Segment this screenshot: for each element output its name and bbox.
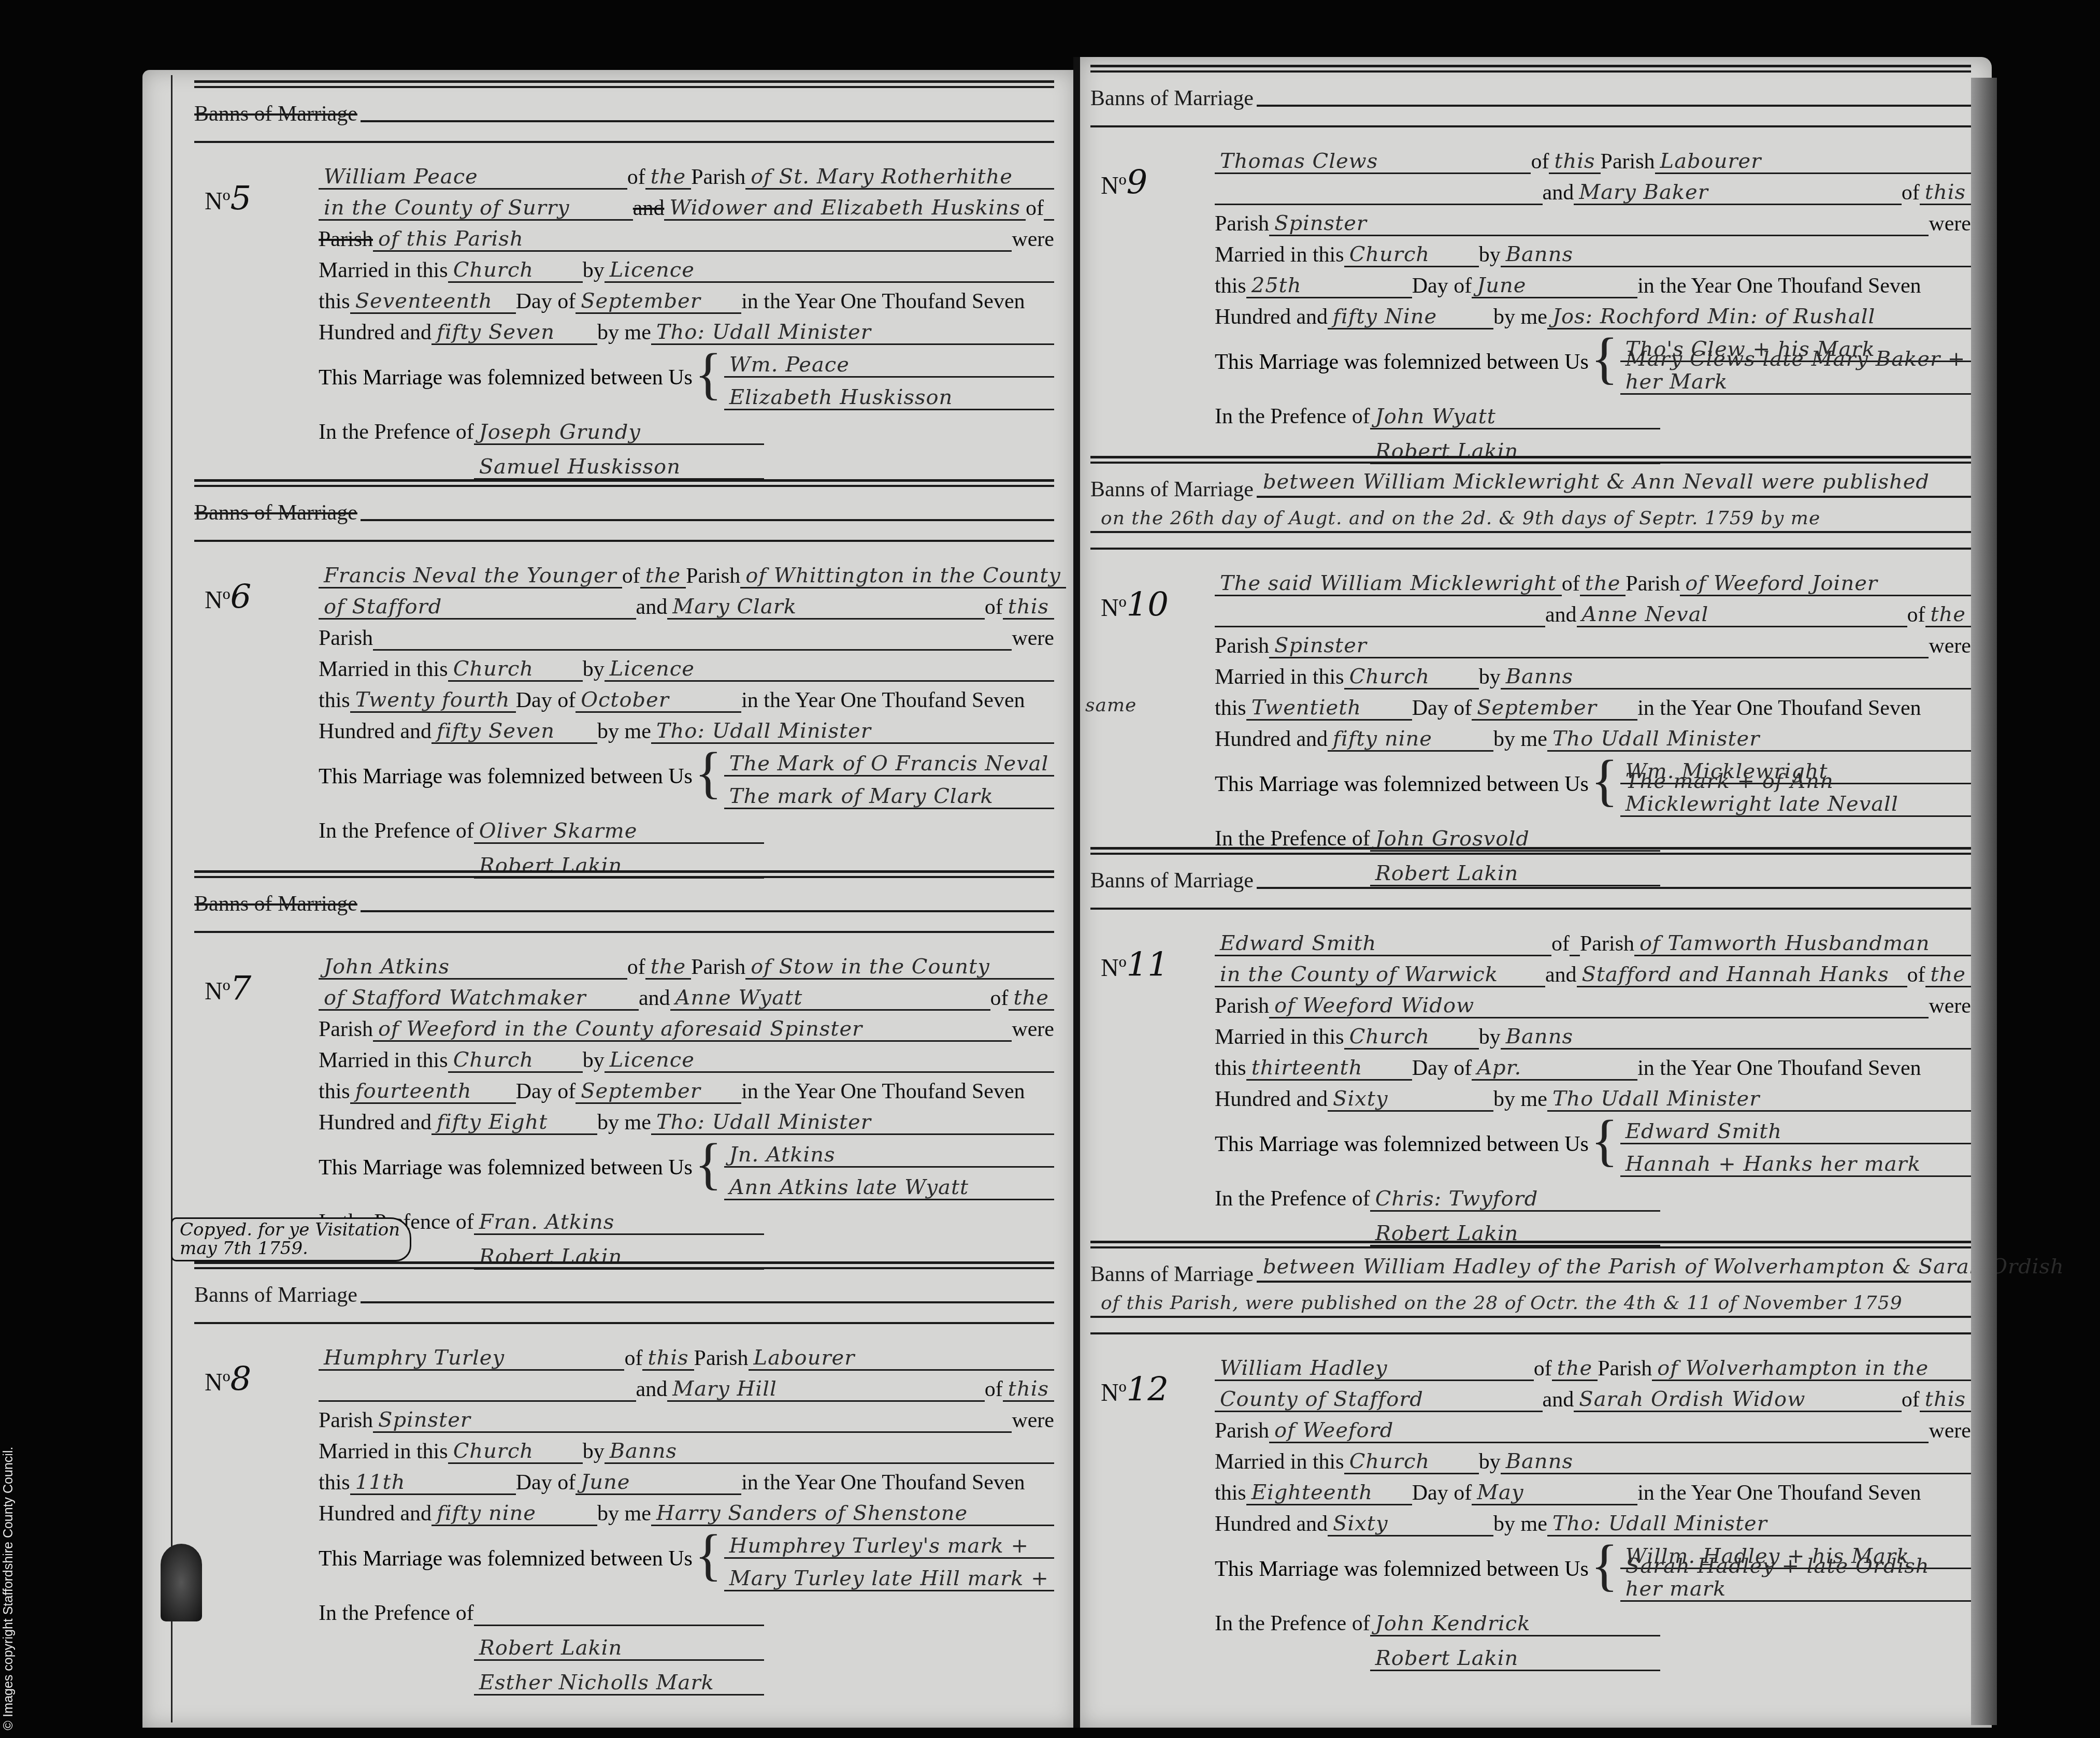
entry-body: Nº12 William Hadley of the Parish of Wol… <box>1090 1350 1971 1671</box>
double-rule <box>194 1261 1054 1269</box>
parish-row: Parish of Weeford in the County aforesai… <box>319 1011 1054 1042</box>
groom-parish-prefix: the <box>645 564 681 587</box>
groom-line-2: County of Stafford <box>1220 1388 1423 1411</box>
groom-parish: of Tamworth Husbandman <box>1639 932 1930 955</box>
minister: Tho: Udall Minister <box>656 1111 871 1133</box>
groom-name: William Peace <box>324 165 478 188</box>
entry-body: Nº8 Humphry Turley of this Parish Labour… <box>194 1340 1054 1696</box>
witness-1: John Kendrick <box>1375 1612 1531 1635</box>
place: Church <box>1349 243 1430 266</box>
double-rule <box>1090 1241 1971 1248</box>
parish-row: Parish Spinster were <box>319 1402 1054 1433</box>
year-row: Hundred and Sixty by me Tho Udall Minist… <box>1215 1081 1971 1112</box>
entry-separator <box>1090 548 1971 550</box>
year: Sixty <box>1333 1087 1388 1110</box>
double-rule <box>1090 456 1971 464</box>
witnesses: In the Prefence of Fran. Atkins Robert L… <box>319 1200 1054 1270</box>
banns-label: Banns of Marriage <box>1090 86 1254 111</box>
brace-icon: { <box>695 1526 722 1591</box>
bride-of: the <box>1931 963 1966 986</box>
groom-parish: of Weeford Joiner <box>1685 572 1878 595</box>
bride-parish: Spinster <box>1274 212 1367 235</box>
year-row: Hundred and fifty Seven by me Tho: Udall… <box>319 314 1054 345</box>
signature-2: The mark + of Ann Micklewright late Neva… <box>1626 770 1966 815</box>
day: 11th <box>355 1471 406 1493</box>
place: Church <box>1349 1025 1430 1048</box>
signature-1: Wm. Peace <box>729 353 850 376</box>
bride-name: Widower and Elizabeth Huskins <box>669 196 1020 219</box>
place: Church <box>453 657 534 680</box>
banns-line: Banns of Marriage <box>1090 75 1971 111</box>
bride-row: and Anne Neval of the <box>1215 596 1971 627</box>
bride-row: of Stafford and Mary Clark of this <box>319 588 1054 620</box>
entry-number: Nº9 <box>1101 164 1147 202</box>
bride-of: this <box>1008 1377 1049 1400</box>
month: Apr. <box>1477 1056 1521 1079</box>
witnesses: In the Prefence of Oliver Skarme Robert … <box>319 809 1054 879</box>
entry-separator <box>194 141 1054 143</box>
banns-line: Banns of Marriage <box>1090 857 1971 893</box>
year: fifty nine <box>1333 727 1432 750</box>
month: September <box>1477 696 1597 719</box>
groom-parish-prefix: this <box>648 1346 688 1369</box>
day: fourteenth <box>355 1080 472 1102</box>
parish-row: Parish were <box>319 620 1054 651</box>
groom-row: The said William Micklewright of the Par… <box>1215 565 1971 596</box>
bride-of: the <box>1014 986 1049 1009</box>
parish-row: Parish Spinster were <box>1215 205 1971 236</box>
signatures: This Marriage was folemnized between Us … <box>319 1135 1054 1200</box>
place: Church <box>1349 665 1430 688</box>
register-entry: Banns of Marriage between William Hadley… <box>1090 1241 1971 1671</box>
register-entry: Banns of Marriage Nº8 Humphry Turley of … <box>194 1261 1054 1696</box>
entry-number: Nº5 <box>205 179 251 218</box>
banns-line-2: on the 26th day of Augt. and on the 2d. … <box>1090 502 1971 533</box>
signature-2: Mary Turley late Hill mark + <box>729 1567 1049 1590</box>
register-entry: Banns of Marriage between William Mickle… <box>1090 456 1971 886</box>
month: October <box>581 688 669 711</box>
entry-body: Nº5 William Peace of the Parish of St. M… <box>194 159 1054 480</box>
groom-line-2: in the County of Surry <box>324 196 570 219</box>
banns-label: Banns of Marriage <box>194 1283 357 1308</box>
bride-parish: of this Parish <box>378 227 524 250</box>
banns-line: Banns of Marriage <box>194 1271 1054 1308</box>
margin-note: same <box>1085 695 1137 716</box>
place: Church <box>453 258 534 281</box>
brace-icon: { <box>1591 1112 1618 1177</box>
register-entry: Banns of Marriage Nº6 Francis Neval the … <box>194 479 1054 879</box>
groom-row: Humphry Turley of this Parish Labourer <box>319 1340 1054 1371</box>
bride-row: and Mary Hill of this <box>319 1371 1054 1402</box>
date-row: this 11th Day of June in the Year One Th… <box>319 1464 1054 1495</box>
double-rule <box>194 479 1054 487</box>
bride-name: Anne Wyatt <box>675 986 803 1009</box>
entry-body: Nº9 Thomas Clews of this Parish Labourer… <box>1090 143 1971 464</box>
bride-name: Anne Neval <box>1582 603 1709 626</box>
banns-label: Banns of Marriage <box>194 500 357 525</box>
bride-row: of Stafford Watchmaker and Anne Wyatt of… <box>319 980 1054 1011</box>
witnesses: In the Prefence of John Kendrick Robert … <box>1215 1602 1971 1671</box>
bride-name: Sarah Ordish Widow <box>1579 1388 1805 1411</box>
date-row: this Twentieth Day of September in the Y… <box>1215 690 1971 721</box>
groom-row: Edward Smith of Parish of Tamworth Husba… <box>1215 925 1971 956</box>
month: September <box>581 290 701 312</box>
date-row: this Twenty fourth Day of October in the… <box>319 682 1054 713</box>
groom-parish-prefix: the <box>651 165 686 188</box>
day: Eighteenth <box>1252 1481 1373 1504</box>
double-rule <box>1090 847 1971 855</box>
signatures: This Marriage was folemnized between Us … <box>1215 752 1971 817</box>
signatures: This Marriage was folemnized between Us … <box>1215 1536 1971 1602</box>
entry-separator <box>194 540 1054 542</box>
year-row: Hundred and fifty Nine by me Jos: Rochfo… <box>1215 298 1971 329</box>
groom-parish-prefix: the <box>1585 572 1621 595</box>
year: fifty Seven <box>437 321 555 343</box>
entry-body: Nº11 Edward Smith of Parish of Tamworth … <box>1090 925 1971 1246</box>
entry-separator <box>194 1322 1054 1324</box>
bride-name: Mary Baker <box>1579 181 1708 204</box>
page-edge <box>1971 78 1997 1725</box>
witnesses: In the Prefence of Chris: Twyford Robert… <box>1215 1177 1971 1246</box>
married-row: Married in this Church by Banns <box>1215 658 1971 690</box>
year: fifty Seven <box>437 720 555 742</box>
married-row: Married in this Church by Banns <box>1215 1443 1971 1474</box>
witness-2: Robert Lakin <box>1375 1647 1519 1670</box>
married-row: Married in this Church by Licence <box>319 1042 1054 1073</box>
signatures: This Marriage was folemnized between Us … <box>319 1526 1054 1591</box>
witnesses: In the Prefence of John Wyatt Robert Lak… <box>1215 395 1971 464</box>
groom-row: Thomas Clews of this Parish Labourer <box>1215 143 1971 174</box>
year-row: Hundred and fifty Eight by me Tho: Udall… <box>319 1104 1054 1135</box>
by-method: Licence <box>610 1048 695 1071</box>
groom-parish: of Whittington in the County <box>745 564 1061 587</box>
witnesses: In the Prefence of Joseph Grundy Samuel … <box>319 410 1054 480</box>
signatures: This Marriage was folemnized between Us … <box>1215 329 1971 395</box>
entry-number: Nº11 <box>1101 946 1169 984</box>
groom-line-2: in the County of Warwick <box>1220 963 1498 986</box>
year-row: Hundred and Sixty by me Tho: Udall Minis… <box>1215 1505 1971 1536</box>
bride-parish: Spinster <box>378 1409 471 1431</box>
by-method: Banns <box>1506 243 1573 266</box>
witness-1: Fran. Atkins <box>479 1211 615 1233</box>
married-row: Married in this Church by Licence <box>319 651 1054 682</box>
by-method: Banns <box>610 1440 677 1462</box>
groom-name: John Atkins <box>324 955 450 978</box>
witness-3: Esther Nicholls Mark <box>479 1671 714 1694</box>
entry-body: Nº10 same The said William Micklewright … <box>1090 565 1971 886</box>
brace-icon: { <box>1591 752 1618 817</box>
witness-1: Oliver Skarme <box>479 820 638 842</box>
year: fifty nine <box>437 1502 536 1525</box>
minister: Jos: Rochford Min: of Rushall <box>1552 305 1875 328</box>
date-row: this thirteenth Day of Apr. in the Year … <box>1215 1050 1971 1081</box>
married-row: Married in this Church by Licence <box>319 252 1054 283</box>
year-row: Hundred and fifty Seven by me Tho: Udall… <box>319 713 1054 744</box>
entry-number: Nº12 <box>1101 1371 1169 1409</box>
bride-of: this <box>1925 1388 1966 1411</box>
banns-label: Banns of Marriage <box>194 892 357 916</box>
signature-2: Ann Atkins late Wyatt <box>729 1176 969 1199</box>
year-row: Hundred and fifty nine by me Tho Udall M… <box>1215 721 1971 752</box>
entry-separator <box>194 931 1054 933</box>
banns-line-2: of this Parish, were published on the 28… <box>1090 1287 1971 1318</box>
married-row: Married in this Church by Banns <box>1215 236 1971 267</box>
bride-parish: of Weeford <box>1274 1419 1393 1442</box>
by-method: Licence <box>610 258 695 281</box>
signature-1: Jn. Atkins <box>729 1143 836 1166</box>
signature-1: Edward Smith <box>1626 1120 1782 1143</box>
by-method: Banns <box>1506 665 1573 688</box>
banns-line: Banns of Marriage <box>194 880 1054 916</box>
double-rule <box>194 80 1054 88</box>
bride-row: and Mary Baker of this <box>1215 174 1971 205</box>
minister: Tho: Udall Minister <box>656 720 871 742</box>
groom-parish-prefix: the <box>1557 1357 1593 1380</box>
right-page: Banns of Marriage Nº9 Thomas Clews of th… <box>1080 57 1992 1728</box>
witness-2: Samuel Huskisson <box>479 455 681 478</box>
brace-icon: { <box>695 345 722 410</box>
married-row: Married in this Church by Banns <box>1215 1018 1971 1050</box>
parish-row: Parish Spinster were <box>1215 627 1971 658</box>
entry-number: Nº7 <box>205 969 251 1008</box>
signature-1: The Mark of O Francis Neval <box>729 752 1049 775</box>
bride-of: the <box>1931 603 1966 626</box>
banns-text-2: on the 26th day of Augt. and on the 2d. … <box>1101 508 1820 529</box>
day: 25th <box>1252 274 1302 297</box>
witness-1: Chris: Twyford <box>1375 1187 1538 1210</box>
double-rule <box>1090 65 1971 73</box>
double-rule <box>194 870 1054 878</box>
banns-line: Banns of Marriage <box>194 489 1054 525</box>
witness-1: Joseph Grundy <box>479 421 641 443</box>
groom-parish: of Wolverhampton in the <box>1657 1357 1929 1380</box>
brace-icon: { <box>695 1135 722 1200</box>
signature-1: Humphrey Turley's mark + <box>729 1534 1029 1557</box>
year: Sixty <box>1333 1512 1388 1535</box>
banns-label: Banns of Marriage <box>1090 477 1254 502</box>
bride-name: Stafford and Hannah Hanks <box>1582 963 1889 986</box>
parish-row: Parish of Weeford were <box>1215 1412 1971 1443</box>
banns-label: Banns of Marriage <box>1090 868 1254 893</box>
place: Church <box>453 1048 534 1071</box>
day: Seventeenth <box>355 290 493 312</box>
bride-row: County of Stafford and Sarah Ordish Wido… <box>1215 1381 1971 1412</box>
book-gutter <box>1073 57 1081 1728</box>
groom-name: Humphry Turley <box>324 1346 505 1369</box>
entry-number: Nº10 <box>1101 586 1169 624</box>
groom-name: William Hadley <box>1220 1357 1387 1380</box>
day: Twenty fourth <box>355 688 510 711</box>
month: June <box>581 1471 630 1493</box>
place: Church <box>453 1440 534 1462</box>
register-entry: Banns of Marriage Nº5 William Peace of t… <box>194 80 1054 480</box>
minister: Tho: Udall Minister <box>1552 1512 1767 1535</box>
date-row: this fourteenth Day of September in the … <box>319 1073 1054 1104</box>
groom-parish-prefix: this <box>1554 150 1595 173</box>
by-method: Banns <box>1506 1450 1573 1473</box>
bride-parish: Spinster <box>1274 634 1367 657</box>
signatures: This Marriage was folemnized between Us … <box>319 744 1054 809</box>
groom-parish-prefix: the <box>651 955 686 978</box>
banns-text: between William Micklewright & Ann Neval… <box>1263 470 1930 494</box>
day: Twentieth <box>1252 696 1361 719</box>
register-entry: Banns of Marriage Nº11 Edward Smith of P… <box>1090 847 1971 1246</box>
groom-row: Francis Neval the Younger of the Parish … <box>319 557 1054 588</box>
bride-parish: of Weeford Widow <box>1274 994 1474 1017</box>
signatures: This Marriage was folemnized between Us … <box>1215 1112 1971 1177</box>
groom-name: Thomas Clews <box>1220 150 1378 173</box>
bride-name: Mary Clark <box>672 595 797 618</box>
entry-separator <box>1090 1332 1971 1334</box>
banns-line: Banns of Marriage <box>194 90 1054 126</box>
register-entry: Banns of Marriage Nº7 John Atkins of the… <box>194 870 1054 1270</box>
groom-row: William Peace of the Parish of St. Mary … <box>319 159 1054 190</box>
by-method: Licence <box>610 657 695 680</box>
entry-number: Nº8 <box>205 1360 251 1399</box>
bride-name: Mary Hill <box>672 1377 777 1400</box>
signature-2: Mary Clews late Mary Baker + her Mark <box>1626 348 1966 393</box>
groom-name: Edward Smith <box>1220 932 1376 955</box>
groom-parish: of Stow in the County <box>751 955 990 978</box>
witnesses: In the Prefence of Robert Lakin Esther N… <box>319 1591 1054 1696</box>
signature-2: The mark of Mary Clark <box>729 785 994 808</box>
banns-text: between William Hadley of the Parish of … <box>1263 1255 2064 1279</box>
groom-line-2: of Stafford Watchmaker <box>324 986 586 1009</box>
month: September <box>581 1080 701 1102</box>
minister: Harry Sanders of Shenstone <box>656 1502 968 1525</box>
groom-row: John Atkins of the Parish of Stow in the… <box>319 949 1054 980</box>
year-row: Hundred and fifty nine by me Harry Sande… <box>319 1495 1054 1526</box>
married-row: Married in this Church by Banns <box>319 1433 1054 1464</box>
date-row: this Seventeenth Day of September in the… <box>319 283 1054 314</box>
groom-name: Francis Neval the Younger <box>324 564 617 587</box>
bride-parish: of Weeford in the County aforesaid Spins… <box>378 1017 862 1040</box>
entry-number: Nº6 <box>205 578 251 616</box>
entry-separator <box>1090 125 1971 127</box>
minister: Tho: Udall Minister <box>656 321 871 343</box>
groom-parish: Labourer <box>1660 150 1762 173</box>
banns-label: Banns of Marriage <box>194 102 357 126</box>
left-page: Banns of Marriage Nº5 William Peace of t… <box>142 70 1075 1728</box>
banns-label: Banns of Marriage <box>1090 1262 1254 1287</box>
ink-blot <box>161 1544 202 1621</box>
brace-icon: { <box>1591 329 1618 395</box>
groom-name: The said William Micklewright <box>1220 572 1557 595</box>
visitation-annotation: Copyed. for ye Visitation may 7th 1759. <box>171 1217 411 1261</box>
parish-row: Parish of Weeford Widow were <box>1215 987 1971 1018</box>
entry-separator <box>1090 908 1971 910</box>
month: May <box>1477 1481 1523 1504</box>
signature-2: Hannah + Hanks her mark <box>1626 1153 1921 1175</box>
minister: Tho Udall Minister <box>1552 1087 1760 1110</box>
brace-icon: { <box>1591 1536 1618 1602</box>
banns-line: Banns of Marriage between William Mickle… <box>1090 466 1971 502</box>
witness-2: Robert Lakin <box>479 1636 623 1659</box>
by-method: Banns <box>1506 1025 1573 1048</box>
entry-body: Nº6 Francis Neval the Younger of the Par… <box>194 557 1054 879</box>
year: fifty Eight <box>437 1111 548 1133</box>
day: thirteenth <box>1252 1056 1363 1079</box>
year: fifty Nine <box>1333 305 1437 328</box>
brace-icon: { <box>695 744 722 809</box>
copyright-notice: © Images copyright Staffordshire County … <box>1 1447 16 1730</box>
parish-row: Parish of this Parish were <box>319 221 1054 252</box>
banns-text-2: of this Parish, were published on the 28… <box>1101 1292 1903 1314</box>
place: Church <box>1349 1450 1430 1473</box>
minister: Tho Udall Minister <box>1552 727 1760 750</box>
signature-2: Elizabeth Huskisson <box>729 386 953 409</box>
month: June <box>1477 274 1526 297</box>
groom-line-2: of Stafford <box>324 595 442 618</box>
bride-row: in the County of Surry and Widower and E… <box>319 190 1054 221</box>
banns-line: Banns of Marriage between William Hadley… <box>1090 1251 1971 1287</box>
bride-of: this <box>1925 181 1966 204</box>
date-row: this Eighteenth Day of May in the Year O… <box>1215 1474 1971 1505</box>
signature-2: Sarah Hadley + late Ordish her mark <box>1626 1555 1966 1600</box>
date-row: this 25th Day of June in the Year One Th… <box>1215 267 1971 298</box>
signatures: This Marriage was folemnized between Us … <box>319 345 1054 410</box>
bride-row: in the County of Warwick and Stafford an… <box>1215 956 1971 987</box>
register-entry: Banns of Marriage Nº9 Thomas Clews of th… <box>1090 65 1971 464</box>
groom-parish: Labourer <box>754 1346 855 1369</box>
groom-parish: of St. Mary Rotherhithe <box>751 165 1013 188</box>
groom-row: William Hadley of the Parish of Wolverha… <box>1215 1350 1971 1381</box>
bride-of: this <box>1008 595 1049 618</box>
witness-1: John Wyatt <box>1375 405 1496 428</box>
